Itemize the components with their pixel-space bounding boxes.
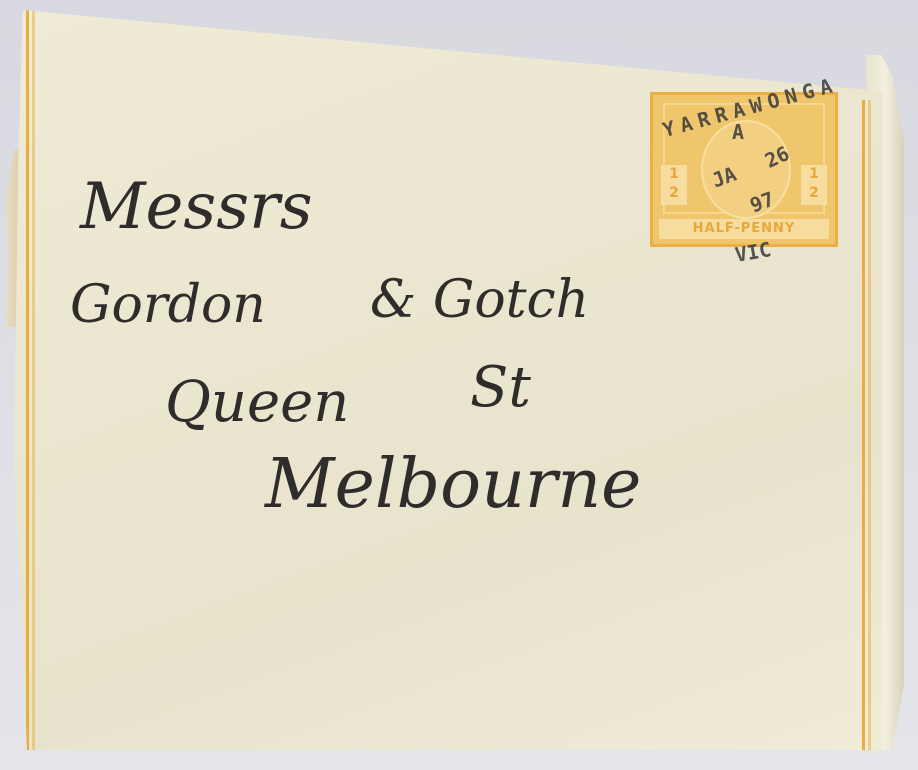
- right-orange-stripe: [862, 100, 865, 750]
- address-line-3b: St: [470, 355, 531, 420]
- address-line-3a: Queen: [165, 370, 349, 435]
- address-line-4: Melbourne: [265, 445, 641, 524]
- address-line-2b: & Gotch: [370, 270, 589, 330]
- left-orange-stripe-inner: [32, 10, 35, 750]
- right-orange-stripe-inner: [868, 100, 871, 750]
- postmark-letter: A: [732, 120, 744, 144]
- stamp-fraction-right: 12: [801, 165, 827, 205]
- address-line-1: Messrs: [80, 170, 313, 244]
- stamp-fraction-left: 12: [661, 165, 687, 205]
- left-orange-stripe: [26, 10, 29, 750]
- stamp-value-label: HALF-PENNY: [659, 219, 829, 239]
- address-line-2a: Gordon: [70, 275, 266, 335]
